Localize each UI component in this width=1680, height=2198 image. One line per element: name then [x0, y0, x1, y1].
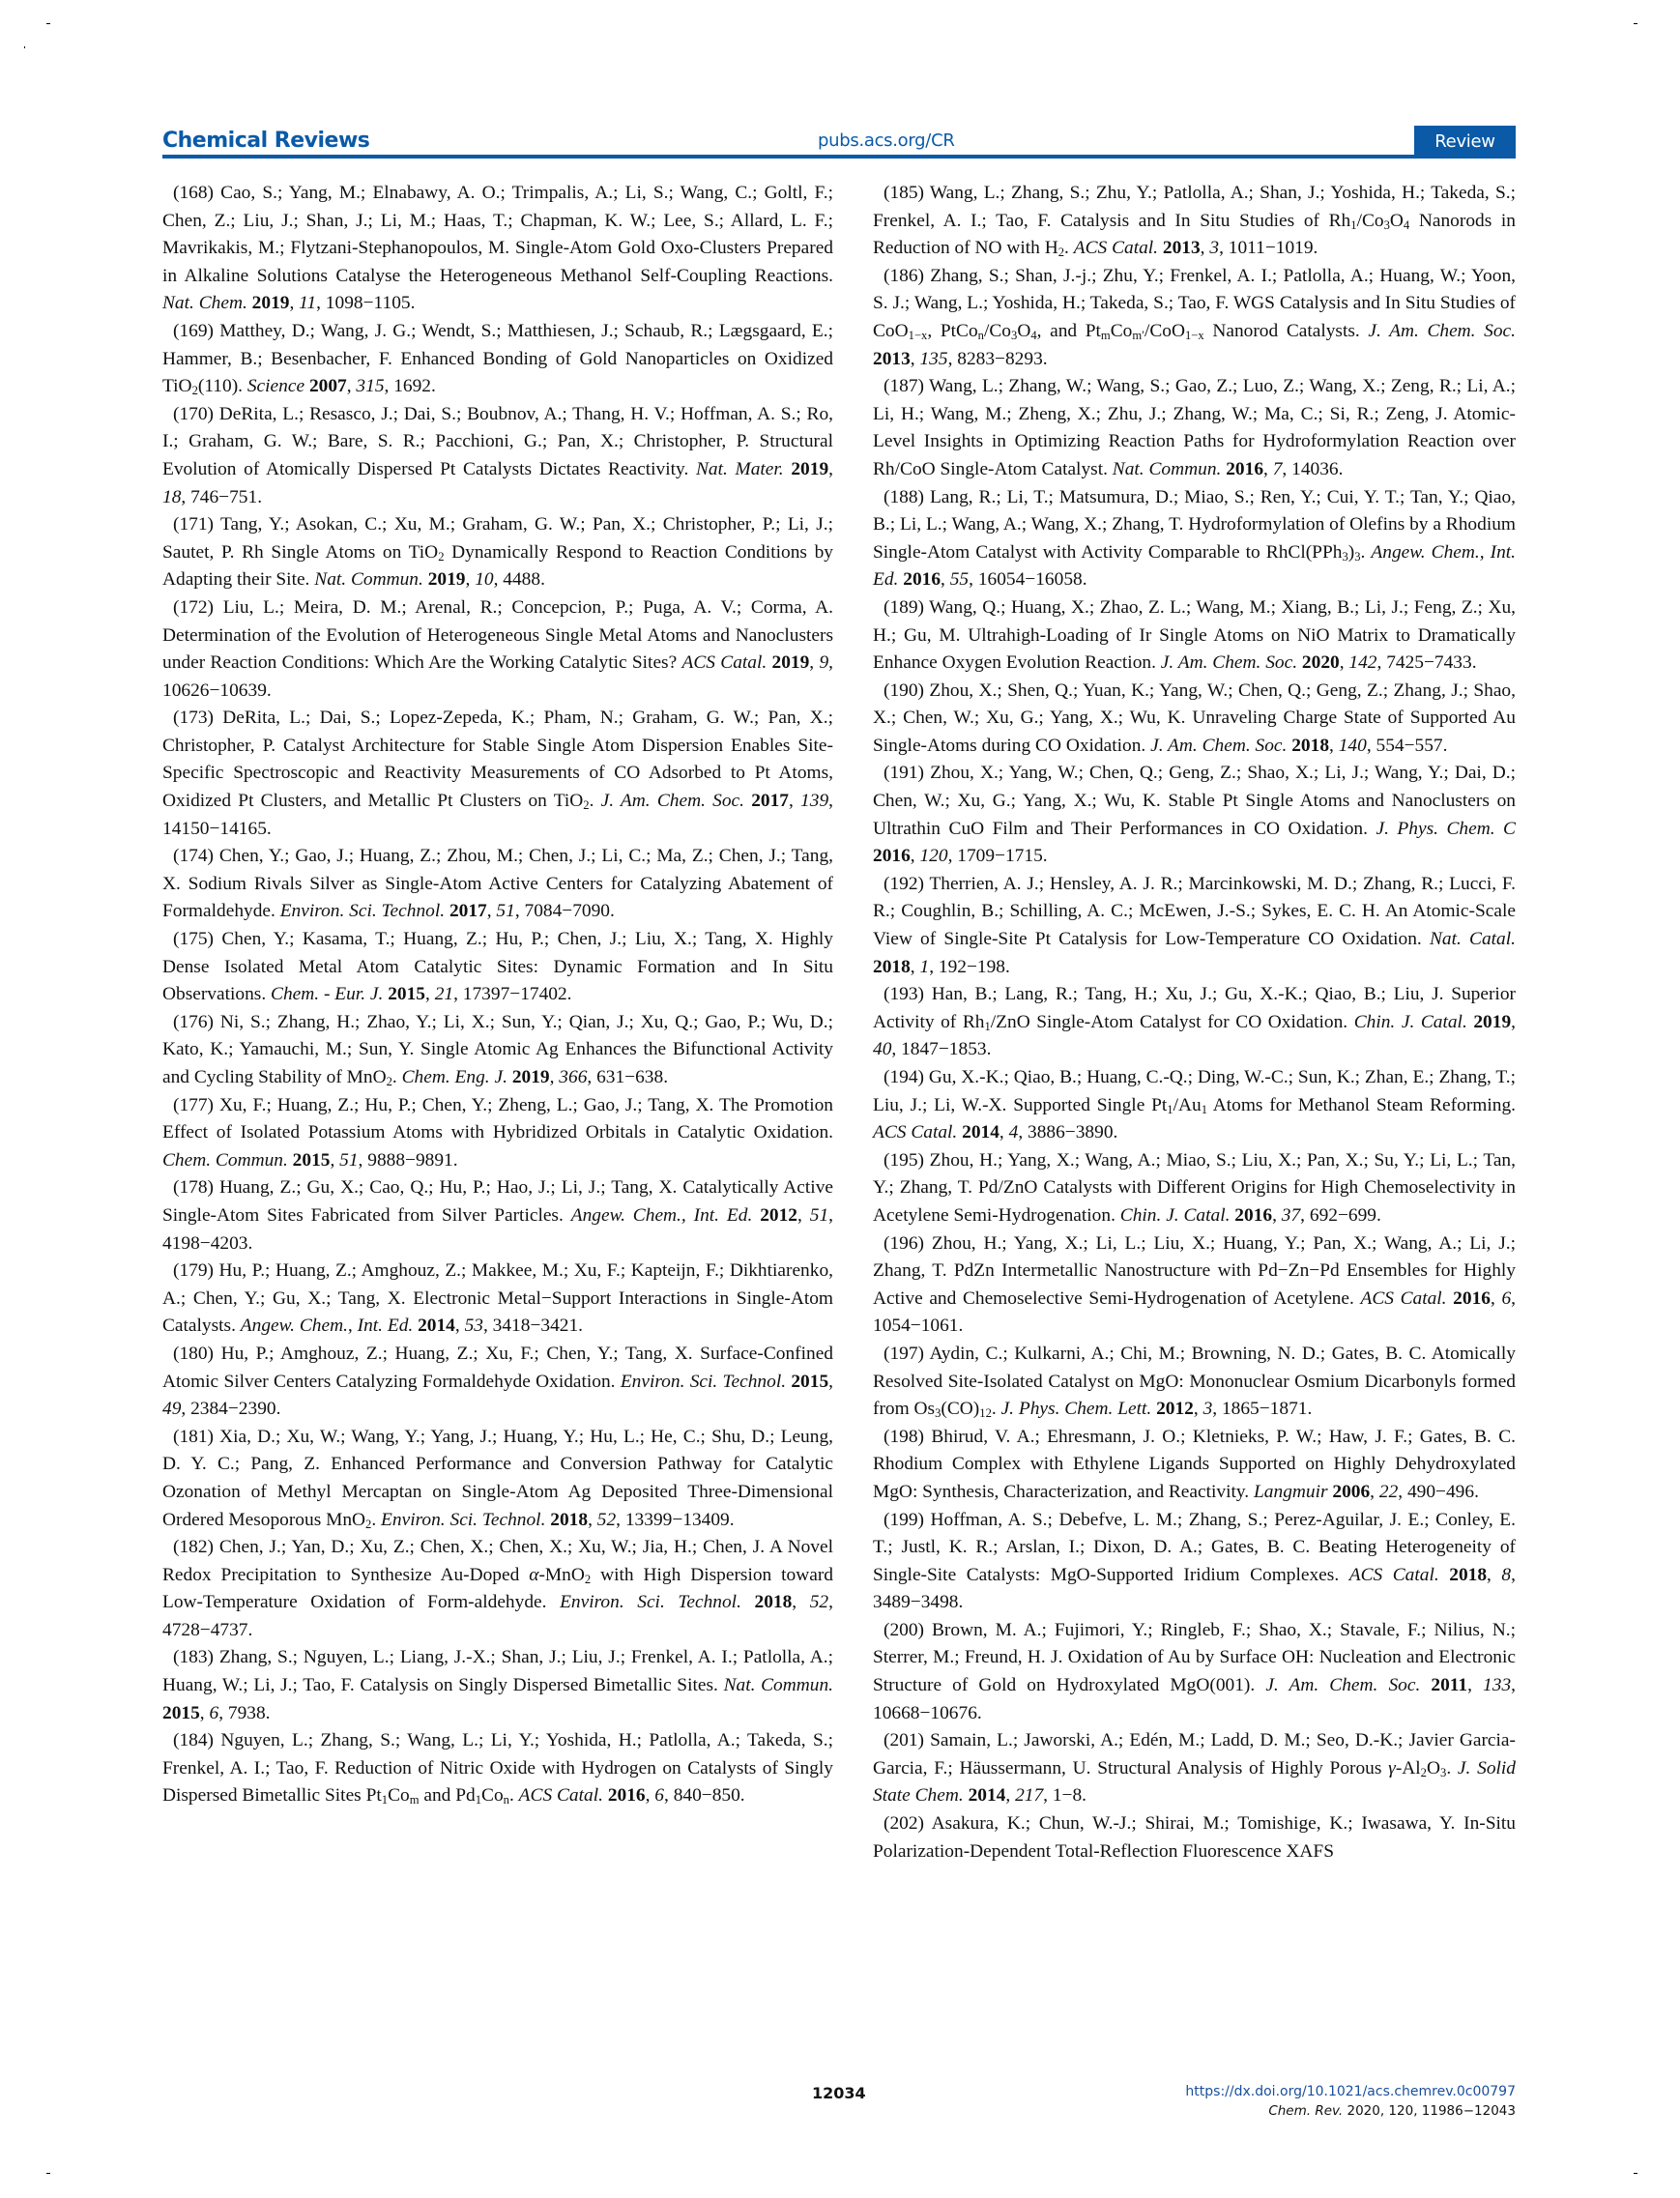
references-right-column: (185) Wang, L.; Zhang, S.; Zhu, Y.; Patl… — [873, 180, 1516, 1865]
reference-number: (184) — [173, 1730, 220, 1750]
reference-italic: 55 — [950, 569, 969, 590]
reference-entry: (171) Tang, Y.; Asokan, C.; Xu, M.; Grah… — [162, 511, 833, 594]
reference-entry: (197) Aydin, C.; Kulkarni, A.; Chi, M.; … — [873, 1341, 1516, 1424]
reference-entry: (182) Chen, J.; Yan, D.; Xu, Z.; Chen, X… — [162, 1534, 833, 1644]
reference-italic: Chem. Eng. J. — [402, 1067, 507, 1087]
reference-entry: (196) Zhou, H.; Yang, X.; Li, L.; Liu, X… — [873, 1230, 1516, 1341]
reference-year: 2017 — [449, 901, 487, 921]
reference-entry: (168) Cao, S.; Yang, M.; Elnabawy, A. O.… — [162, 180, 833, 318]
reference-entry: (190) Zhou, X.; Shen, Q.; Yuan, K.; Yang… — [873, 678, 1516, 761]
reference-italic: Nat. Catal. — [1430, 929, 1516, 949]
reference-italic: 51 — [810, 1205, 828, 1226]
reference-text: , — [466, 569, 476, 590]
reference-italic: 9 — [819, 652, 828, 673]
reference-number: (177) — [173, 1095, 219, 1115]
reference-text: /ZnO Single-Atom Catalyst for CO Oxidati… — [991, 1012, 1354, 1032]
reference-number: (180) — [173, 1344, 221, 1364]
reference-year: 2017 — [751, 791, 789, 811]
reference-text: , — [1491, 1288, 1501, 1309]
crop-mark — [24, 46, 25, 48]
reference-year: 2019 — [252, 293, 290, 313]
reference-italic: ACS Catal. — [1349, 1565, 1439, 1585]
reference-number: (201) — [883, 1730, 930, 1750]
page-number: 12034 — [812, 2084, 866, 2102]
reference-entry: (202) Asakura, K.; Chun, W.-J.; Shirai, … — [873, 1810, 1516, 1865]
reference-italic: 133 — [1483, 1675, 1511, 1695]
reference-subscript: 1−x — [1185, 329, 1204, 342]
reference-text: O — [1390, 211, 1404, 231]
reference-italic: 51 — [496, 901, 514, 921]
reference-italic: 135 — [919, 349, 947, 369]
reference-text: , — [1370, 1482, 1379, 1502]
reference-italic: Environ. Sci. Technol. — [381, 1510, 545, 1530]
reference-text: , 746−751. — [181, 487, 262, 507]
reference-entry: (179) Hu, P.; Huang, Z.; Amghouz, Z.; Ma… — [162, 1258, 833, 1341]
reference-italic: 52 — [597, 1510, 616, 1530]
reference-year: 2019 — [791, 459, 828, 479]
reference-entry: (189) Wang, Q.; Huang, X.; Zhao, Z. L.; … — [873, 594, 1516, 678]
reference-italic: Nat. Commun. — [1113, 459, 1222, 479]
reference-italic: 120 — [919, 846, 947, 866]
reference-italic: 140 — [1339, 736, 1367, 756]
reference-entry: (173) DeRita, L.; Dai, S.; Lopez-Zepeda,… — [162, 705, 833, 843]
reference-year: 2015 — [293, 1150, 331, 1171]
reference-number: (168) — [173, 183, 220, 203]
reference-text: /Co — [984, 321, 1011, 341]
crop-mark — [1634, 2173, 1637, 2174]
reference-text: , — [330, 1150, 339, 1171]
reference-text: . — [1064, 238, 1074, 258]
reference-text: , — [1005, 1785, 1015, 1806]
reference-text: O — [1427, 1758, 1440, 1779]
reference-italic: 37 — [1282, 1205, 1300, 1226]
reference-text: , 1847−1853. — [891, 1039, 991, 1059]
reference-entry: (176) Ni, S.; Zhang, H.; Zhao, Y.; Li, X… — [162, 1009, 833, 1092]
reference-number: (178) — [173, 1177, 219, 1198]
reference-italic: 49 — [162, 1399, 181, 1419]
reference-year: 2018 — [550, 1510, 588, 1530]
reference-text: O — [1017, 321, 1030, 341]
reference-year: 2018 — [1449, 1565, 1487, 1585]
reference-text: Asakura, K.; Chun, W.-J.; Shirai, M.; To… — [873, 1813, 1516, 1862]
reference-number: (188) — [883, 487, 930, 507]
reference-text: , — [1340, 652, 1349, 673]
reference-italic: Angew. Chem., Int. Ed. — [241, 1316, 413, 1336]
reference-year: 2018 — [873, 957, 911, 977]
reference-italic: J. Am. Chem. Soc. — [1368, 321, 1516, 341]
reference-year: 2013 — [1163, 238, 1201, 258]
reference-number: (183) — [173, 1647, 219, 1667]
reference-text: , 3418−3421. — [483, 1316, 583, 1336]
reference-text: Therrien, A. J.; Hensley, A. J. R.; Marc… — [873, 874, 1516, 949]
reference-subscript: 12 — [979, 1406, 992, 1420]
reference-text: Co — [1111, 321, 1133, 341]
reference-italic: Langmuir — [1254, 1482, 1328, 1502]
reference-year: 2018 — [755, 1592, 793, 1612]
reference-text: , 2384−2390. — [181, 1399, 280, 1419]
reference-text: . — [992, 1399, 1001, 1419]
reference-italic: Environ. Sci. Technol. — [621, 1372, 786, 1392]
reference-year: 2015 — [162, 1703, 200, 1723]
reference-number: (195) — [883, 1150, 930, 1171]
reference-year: 2013 — [873, 349, 911, 369]
reference-text: , — [792, 1592, 809, 1612]
reference-italic: J. Phys. Chem. Lett. — [1001, 1399, 1152, 1419]
reference-text: , — [1272, 1205, 1282, 1226]
reference-italic: 7 — [1273, 459, 1283, 479]
reference-number: (189) — [883, 597, 929, 618]
reference-text: , 1098−1105. — [316, 293, 415, 313]
reference-text: Xu, F.; Huang, Z.; Hu, P.; Chen, Y.; Zhe… — [162, 1095, 833, 1143]
reference-entry: (174) Chen, Y.; Gao, J.; Huang, Z.; Zhou… — [162, 843, 833, 926]
reference-text: , and Pt — [1037, 321, 1101, 341]
reference-italic: 18 — [162, 487, 181, 507]
reference-text: , 8283−8293. — [948, 349, 1048, 369]
reference-italic: Nat. Chem. — [162, 293, 247, 313]
reference-text: , — [941, 569, 950, 590]
reference-italic: Environ. Sci. Technol. — [280, 901, 445, 921]
reference-text: , 490−496. — [1398, 1482, 1479, 1502]
reference-italic: 139 — [800, 791, 828, 811]
reference-year: 2014 — [418, 1316, 455, 1336]
reference-year: 2016 — [903, 569, 941, 590]
reference-text: Co — [388, 1785, 410, 1806]
reference-italic: Nat. Commun. — [314, 569, 423, 590]
reference-entry: (178) Huang, Z.; Gu, X.; Cao, Q.; Hu, P.… — [162, 1174, 833, 1258]
reference-text: , 13399−13409. — [616, 1510, 734, 1530]
reference-text: . — [1361, 542, 1372, 563]
reference-text: , 1011−1019. — [1219, 238, 1318, 258]
reference-year: 2018 — [1291, 736, 1329, 756]
crop-mark — [46, 23, 50, 24]
reference-italic: J. Am. Chem. Soc. — [1265, 1675, 1420, 1695]
reference-text: , — [487, 901, 497, 921]
reference-entry: (200) Brown, M. A.; Fujimori, Y.; Ringle… — [873, 1617, 1516, 1727]
references-left-column: (168) Cao, S.; Yang, M.; Elnabawy, A. O.… — [162, 180, 833, 1810]
reference-year: 2014 — [962, 1122, 999, 1142]
reference-italic: ACS Catal. — [1360, 1288, 1446, 1309]
reference-entry: (172) Liu, L.; Meira, D. M.; Arenal, R.;… — [162, 594, 833, 705]
reference-text: , 840−850. — [664, 1785, 745, 1806]
reference-italic: ACS Catal. — [873, 1122, 957, 1142]
reference-year: 2012 — [760, 1205, 797, 1226]
reference-entry: (184) Nguyen, L.; Zhang, S.; Wang, L.; L… — [162, 1727, 833, 1810]
reference-number: (172) — [173, 597, 223, 618]
reference-number: (179) — [173, 1260, 219, 1281]
reference-entry: (170) DeRita, L.; Resasco, J.; Dai, S.; … — [162, 401, 833, 511]
reference-italic: 366 — [559, 1067, 587, 1087]
reference-number: (186) — [883, 266, 930, 286]
reference-italic: 10 — [475, 569, 493, 590]
reference-italic: J. Phys. Chem. C — [1376, 819, 1516, 839]
reference-text: , — [1263, 459, 1273, 479]
reference-text: , — [1329, 736, 1339, 756]
reference-italic: 6 — [1501, 1288, 1511, 1309]
reference-text: . — [590, 791, 601, 811]
reference-text: , 4488. — [494, 569, 545, 590]
reference-text: . — [392, 1067, 402, 1087]
reference-text: . — [509, 1785, 519, 1806]
reference-italic: 22 — [1379, 1482, 1398, 1502]
reference-entry: (175) Chen, Y.; Kasama, T.; Huang, Z.; H… — [162, 926, 833, 1009]
reference-text: , — [289, 293, 299, 313]
citation-details: 2020, 120, 11986−12043 — [1343, 2103, 1516, 2119]
reference-number: (194) — [883, 1067, 929, 1087]
reference-text: , 1692. — [385, 376, 436, 396]
reference-number: (193) — [883, 984, 932, 1004]
reference-text: , — [1201, 238, 1210, 258]
reference-year: 2016 — [608, 1785, 646, 1806]
reference-italic: ACS Catal. — [682, 652, 768, 673]
reference-text — [1439, 1565, 1450, 1585]
reference-number: (191) — [883, 763, 930, 783]
reference-number: (182) — [173, 1537, 219, 1557]
reference-text: , 1−8. — [1043, 1785, 1086, 1806]
reference-text — [741, 1592, 755, 1612]
reference-text: (CO) — [941, 1399, 979, 1419]
reference-entry: (195) Zhou, H.; Yang, X.; Wang, A.; Miao… — [873, 1147, 1516, 1230]
reference-italic: 217 — [1015, 1785, 1043, 1806]
reference-text: , — [455, 1316, 465, 1336]
reference-year: 2011 — [1431, 1675, 1467, 1695]
reference-text: Cao, S.; Yang, M.; Elnabawy, A. O.; Trim… — [162, 183, 833, 286]
reference-year: 2012 — [1156, 1399, 1194, 1419]
reference-entry: (177) Xu, F.; Huang, Z.; Hu, P.; Chen, Y… — [162, 1092, 833, 1175]
reference-text: , — [425, 984, 435, 1004]
reference-entry: (193) Han, B.; Lang, R.; Tang, H.; Xu, J… — [873, 981, 1516, 1064]
reference-italic: 52 — [810, 1592, 828, 1612]
reference-text: , — [999, 1122, 1009, 1142]
reference-text: , — [588, 1510, 597, 1530]
reference-entry: (192) Therrien, A. J.; Hensley, A. J. R.… — [873, 871, 1516, 981]
reference-text: , PtCo — [927, 321, 977, 341]
reference-italic: ACS Catal. — [519, 1785, 603, 1806]
reference-number: (181) — [173, 1427, 219, 1447]
reference-text: , — [809, 652, 819, 673]
reference-text: , 1709−1715. — [948, 846, 1048, 866]
reference-entry: (169) Matthey, D.; Wang, J. G.; Wendt, S… — [162, 318, 833, 401]
reference-italic: ACS Catal. — [1074, 238, 1158, 258]
reference-text: and Pd — [420, 1785, 476, 1806]
reference-italic: J. Am. Chem. Soc. — [601, 791, 744, 811]
reference-entry: (201) Samain, L.; Jaworski, A.; Edén, M.… — [873, 1727, 1516, 1810]
reference-text: (110). — [198, 376, 247, 396]
reference-text: , — [797, 1205, 810, 1226]
reference-italic: Nat. Commun. — [724, 1675, 833, 1695]
reference-text: . — [1446, 1758, 1458, 1779]
reference-text: /Co — [1357, 211, 1384, 231]
reference-number: (197) — [883, 1344, 929, 1364]
crop-mark — [1634, 23, 1637, 24]
reference-entry: (183) Zhang, S.; Nguyen, L.; Liang, J.-X… — [162, 1644, 833, 1727]
reference-year: 2015 — [791, 1372, 828, 1392]
header-rule — [162, 155, 1415, 159]
reference-text: , 554−557. — [1367, 736, 1448, 756]
reference-number: (185) — [883, 183, 930, 203]
reference-italic: Environ. Sci. Technol. — [560, 1592, 741, 1612]
reference-text: /CoO — [1144, 321, 1185, 341]
reference-year: 2019 — [428, 569, 466, 590]
reference-italic: γ — [1388, 1758, 1396, 1779]
reference-text: Atoms for Methanol Steam Reforming. — [1207, 1095, 1516, 1115]
reference-number: (199) — [883, 1510, 931, 1530]
reference-text: , — [828, 1372, 833, 1392]
reference-italic: 3 — [1203, 1399, 1213, 1419]
reference-year: 2014 — [969, 1785, 1006, 1806]
reference-year: 2019 — [1473, 1012, 1511, 1032]
reference-text: , — [550, 1067, 560, 1087]
reference-text: . — [371, 1510, 381, 1530]
reference-number: (198) — [883, 1427, 931, 1447]
reference-year: 2016 — [1226, 459, 1263, 479]
reference-italic: 6 — [209, 1703, 218, 1723]
reference-text: , — [1194, 1399, 1203, 1419]
reference-italic: 142 — [1348, 652, 1376, 673]
reference-text: , 16054−16058. — [969, 569, 1086, 590]
reference-text: Co — [481, 1785, 504, 1806]
reference-year: 2015 — [388, 984, 425, 1004]
reference-text: -MnO — [538, 1565, 584, 1585]
reference-text: /Au — [1173, 1095, 1202, 1115]
reference-entry: (198) Bhirud, V. A.; Ehresmann, J. O.; K… — [873, 1424, 1516, 1507]
reference-number: (171) — [173, 514, 220, 535]
reference-italic: 3 — [1209, 238, 1219, 258]
reference-italic: 315 — [356, 376, 384, 396]
reference-number: (192) — [883, 874, 929, 894]
reference-year: 2016 — [873, 846, 911, 866]
journal-site-link[interactable]: pubs.acs.org/CR — [818, 124, 955, 159]
reference-year: 2007 — [309, 376, 347, 396]
reference-text: Nanorod Catalysts. — [1204, 321, 1369, 341]
reference-number: (175) — [173, 929, 221, 949]
reference-italic: J. Am. Chem. Soc. — [1150, 736, 1287, 756]
reference-italic: 6 — [654, 1785, 664, 1806]
reference-text: , — [347, 376, 357, 396]
reference-subscript: m — [410, 1794, 420, 1808]
reference-italic: Angew. Chem., Int. Ed. — [571, 1205, 753, 1226]
reference-text: , — [1467, 1675, 1483, 1695]
reference-number: (170) — [173, 404, 219, 424]
reference-italic: 51 — [339, 1150, 358, 1171]
reference-italic: Chin. J. Catal. — [1354, 1012, 1467, 1032]
page-header: Chemical Reviews pubs.acs.org/CR Review — [162, 124, 1516, 159]
reference-year: 2019 — [512, 1067, 550, 1087]
crop-mark — [46, 2173, 50, 2174]
reference-italic: Nat. Mater. — [696, 459, 784, 479]
reference-text: , 1865−1871. — [1212, 1399, 1312, 1419]
reference-italic: 1 — [919, 957, 929, 977]
reference-text: , 692−699. — [1300, 1205, 1381, 1226]
reference-year: 2016 — [1234, 1205, 1272, 1226]
reference-text: , — [828, 459, 833, 479]
reference-text: , — [1511, 1012, 1516, 1032]
reference-entry: (199) Hoffman, A. S.; Debefve, L. M.; Zh… — [873, 1507, 1516, 1617]
reference-text: , 192−198. — [929, 957, 1010, 977]
journal-title[interactable]: Chemical Reviews — [162, 124, 369, 159]
citation-line: Chem. Rev. 2020, 120, 11986−12043 — [1268, 2103, 1516, 2119]
reference-year: 2016 — [1453, 1288, 1491, 1309]
reference-italic: 53 — [465, 1316, 483, 1336]
reference-subscript: m — [1101, 329, 1111, 342]
reference-number: (196) — [883, 1233, 932, 1254]
reference-italic: 40 — [873, 1039, 891, 1059]
reference-number: (169) — [173, 321, 219, 341]
reference-text — [1420, 1675, 1431, 1695]
reference-subscript: m′ — [1132, 329, 1144, 342]
reference-entry: (188) Lang, R.; Li, T.; Matsumura, D.; M… — [873, 484, 1516, 594]
reference-year: 2006 — [1332, 1482, 1370, 1502]
reference-text: , — [789, 791, 800, 811]
reference-number: (202) — [883, 1813, 932, 1834]
reference-number: (176) — [173, 1012, 220, 1032]
reference-subscript: 1−x — [909, 329, 928, 342]
reference-entry: (186) Zhang, S.; Shan, J.-j.; Zhu, Y.; F… — [873, 263, 1516, 373]
reference-number: (190) — [883, 680, 929, 701]
reference-number: (187) — [883, 376, 929, 396]
reference-number: (174) — [173, 846, 219, 866]
reference-italic: 4 — [1009, 1122, 1019, 1142]
reference-italic: Chin. J. Catal. — [1120, 1205, 1231, 1226]
reference-text: -Al — [1396, 1758, 1421, 1779]
reference-text: , 14036. — [1282, 459, 1343, 479]
reference-italic: 8 — [1501, 1565, 1511, 1585]
reference-italic: J. Am. Chem. Soc. — [1161, 652, 1297, 673]
reference-year: 2019 — [772, 652, 810, 673]
reference-italic: Science — [247, 376, 304, 396]
reference-text: , 7425−7433. — [1377, 652, 1477, 673]
article-type-badge: Review — [1414, 126, 1516, 159]
doi-link[interactable]: https://dx.doi.org/10.1021/acs.chemrev.0… — [1185, 2084, 1516, 2099]
reference-text: , 9888−9891. — [359, 1150, 458, 1171]
reference-italic: 11 — [299, 293, 316, 313]
reference-italic: Chem. Commun. — [162, 1150, 288, 1171]
reference-number: (200) — [883, 1620, 932, 1640]
reference-entry: (191) Zhou, X.; Yang, W.; Chen, Q.; Geng… — [873, 760, 1516, 870]
reference-italic: α — [529, 1565, 538, 1585]
reference-text: , 17397−17402. — [453, 984, 571, 1004]
reference-text: , — [646, 1785, 655, 1806]
reference-text: , — [1487, 1565, 1501, 1585]
reference-entry: (180) Hu, P.; Amghouz, Z.; Huang, Z.; Xu… — [162, 1341, 833, 1424]
reference-text: , 7938. — [218, 1703, 270, 1723]
reference-entry: (181) Xia, D.; Xu, W.; Wang, Y.; Yang, J… — [162, 1424, 833, 1534]
reference-italic: 21 — [435, 984, 453, 1004]
reference-text: , 631−638. — [587, 1067, 668, 1087]
reference-year: 2020 — [1302, 652, 1340, 673]
reference-text: , 7084−7090. — [515, 901, 615, 921]
reference-number: (173) — [173, 708, 222, 728]
reference-text: , 3886−3890. — [1018, 1122, 1117, 1142]
reference-entry: (187) Wang, L.; Zhang, W.; Wang, S.; Gao… — [873, 373, 1516, 483]
reference-entry: (185) Wang, L.; Zhang, S.; Zhu, Y.; Patl… — [873, 180, 1516, 263]
citation-journal: Chem. Rev. — [1268, 2103, 1343, 2119]
reference-entry: (194) Gu, X.-K.; Qiao, B.; Huang, C.-Q.;… — [873, 1064, 1516, 1147]
reference-italic: Chem. - Eur. J. — [271, 984, 383, 1004]
